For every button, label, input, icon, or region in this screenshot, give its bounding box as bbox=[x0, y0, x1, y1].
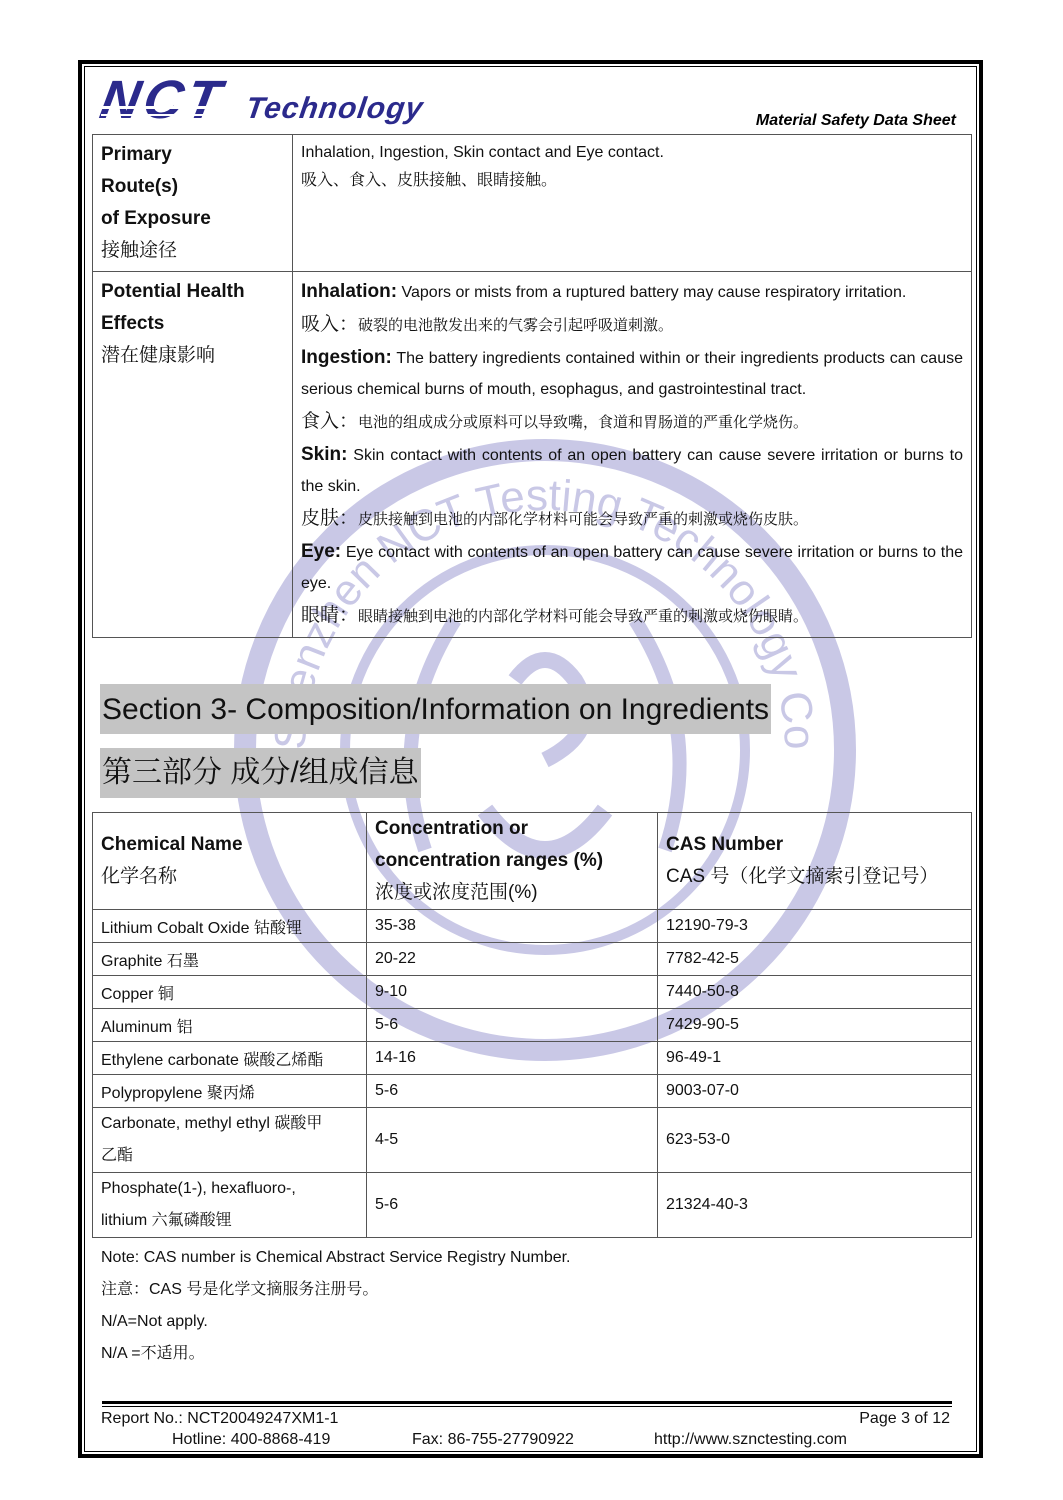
fax: Fax: 86-755-27790922 bbox=[412, 1431, 574, 1449]
header-concentration: Concentration or concentration ranges (%… bbox=[367, 813, 658, 910]
effect-skin-zh: 皮肤：皮肤接触到电池的内部化学材料可能会导致严重的刺激或烧伤皮肤。 bbox=[301, 502, 963, 536]
table-row: Graphite 石墨 20-22 7782-42-5 bbox=[93, 943, 972, 976]
effect-eye: Eye: Eye contact with contents of an ope… bbox=[301, 536, 963, 599]
table-row: Aluminum 铝 5-6 7429-90-5 bbox=[93, 1009, 972, 1042]
effect-inhalation: Inhalation: Vapors or mists from a ruptu… bbox=[301, 276, 963, 308]
row-label-health-effects: Potential Health Effects 潜在健康影响 bbox=[93, 272, 293, 638]
row-label-routes: Primary Route(s) of Exposure 接触途径 bbox=[93, 135, 293, 272]
effect-ingestion: Ingestion: The battery ingredients conta… bbox=[301, 342, 963, 405]
table-row: Copper 铜 9-10 7440-50-8 bbox=[93, 976, 972, 1009]
table-row-routes: Primary Route(s) of Exposure 接触途径 Inhala… bbox=[93, 135, 972, 272]
hotline: Hotline: 400-8868-419 bbox=[172, 1431, 330, 1449]
section-3-title: Section 3- Composition/Information on In… bbox=[100, 684, 771, 734]
header-chemical-name: Chemical Name 化学名称 bbox=[93, 813, 367, 910]
row-value-routes: Inhalation, Ingestion, Skin contact and … bbox=[293, 135, 972, 272]
composition-table: Chemical Name 化学名称 Concentration or conc… bbox=[92, 812, 972, 1238]
effect-eye-zh: 眼睛：眼睛接触到电池的内部化学材料可能会导致严重的刺激或烧伤眼睛。 bbox=[301, 599, 963, 633]
section-3-title-zh: 第三部分 成分/组成信息 bbox=[100, 748, 421, 798]
note-cas-en: Note: CAS number is Chemical Abstract Se… bbox=[101, 1242, 571, 1274]
logo-wordmark: Technology bbox=[244, 92, 426, 126]
report-number: Report No.: NCT20049247XM1-1 bbox=[101, 1410, 338, 1428]
website-link[interactable]: http://www.sznctesting.com bbox=[654, 1431, 847, 1449]
page-number: Page 3 of 12 bbox=[859, 1410, 950, 1428]
logo-stripes bbox=[101, 70, 241, 130]
table-row: Polypropylene 聚丙烯 5-6 9003-07-0 bbox=[93, 1075, 972, 1108]
note-na-zh: N/A =不适用。 bbox=[101, 1338, 571, 1370]
table-row: Ethylene carbonate 碳酸乙烯酯 14-16 96-49-1 bbox=[93, 1042, 972, 1075]
exposure-health-table: Primary Route(s) of Exposure 接触途径 Inhala… bbox=[92, 134, 972, 638]
note-na-en: N/A=Not apply. bbox=[101, 1306, 571, 1338]
header-cas-number: CAS Number CAS 号（化学文摘索引登记号） bbox=[658, 813, 972, 910]
table-row: Carbonate, methyl ethyl 碳酸甲 乙酯 4-5 623-5… bbox=[93, 1108, 972, 1173]
table-row-health-effects: Potential Health Effects 潜在健康影响 Inhalati… bbox=[93, 272, 972, 638]
table-header-row: Chemical Name 化学名称 Concentration or conc… bbox=[93, 813, 972, 910]
composition-notes: Note: CAS number is Chemical Abstract Se… bbox=[101, 1242, 571, 1370]
effect-skin: Skin: Skin contact with contents of an o… bbox=[301, 439, 963, 502]
table-row: Lithium Cobalt Oxide 钴酸锂 35-38 12190-79-… bbox=[93, 910, 972, 943]
row-value-health-effects: Inhalation: Vapors or mists from a ruptu… bbox=[293, 272, 972, 638]
note-cas-zh: 注意：CAS 号是化学文摘服务注册号。 bbox=[101, 1274, 571, 1306]
footer-divider bbox=[102, 1401, 952, 1404]
effect-ingestion-zh: 食入：电池的组成成分或原料可以导致嘴，食道和胃肠道的严重化学烧伤。 bbox=[301, 405, 963, 439]
effect-inhalation-zh: 吸入：破裂的电池散发出来的气雾会引起呼吸道刺激。 bbox=[301, 308, 963, 342]
table-row: Phosphate(1-), hexafluoro-, lithium 六氟磷酸… bbox=[93, 1173, 972, 1238]
document-type: Material Safety Data Sheet bbox=[756, 112, 956, 130]
footer-divider-thin bbox=[102, 1406, 952, 1407]
